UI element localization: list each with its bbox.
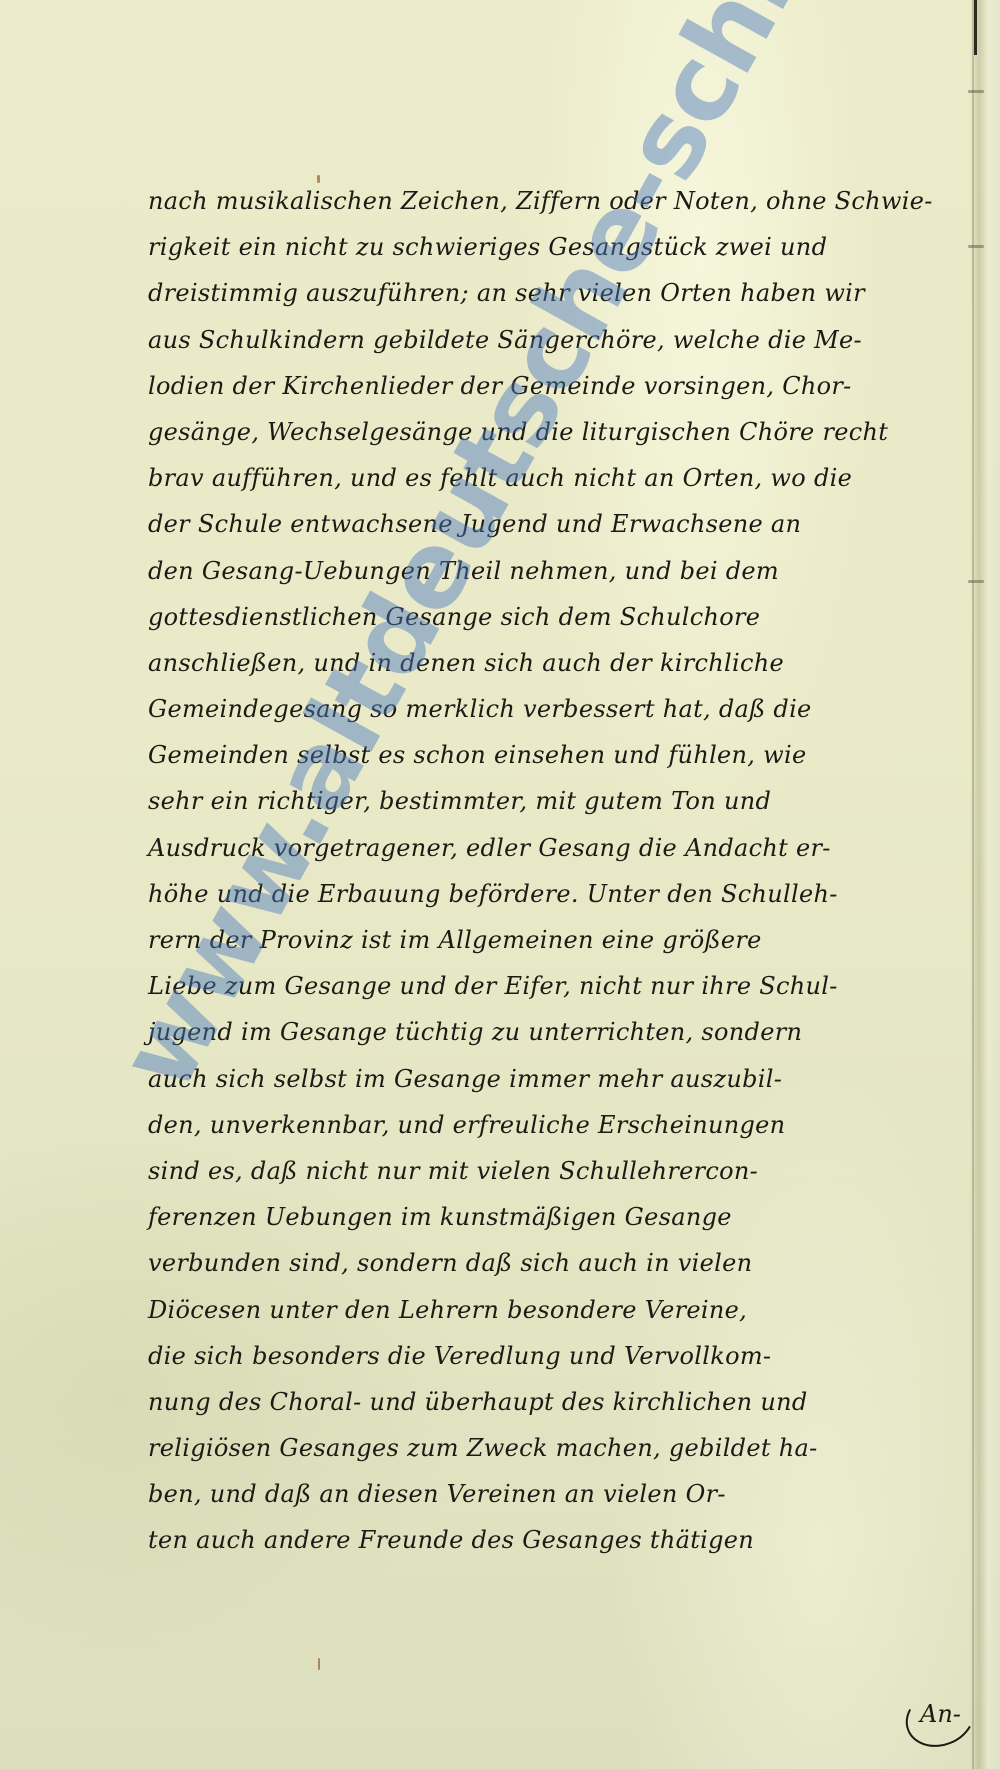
- text-line: gottesdienstlichen Gesange sich dem Schu…: [148, 594, 968, 640]
- text-line: religiösen Gesanges zum Zweck machen, ge…: [148, 1425, 968, 1471]
- text-line: ferenzen Uebungen im kunstmäßigen Gesang…: [148, 1194, 968, 1240]
- text-line: sehr ein richtiger, bestimmter, mit gute…: [148, 778, 968, 824]
- text-line: der Schule entwachsene Jugend und Erwach…: [148, 501, 968, 547]
- text-line: lodien der Kirchenlieder der Gemeinde vo…: [148, 363, 968, 409]
- text-line: jugend im Gesange tüchtig zu unterrichte…: [148, 1009, 968, 1055]
- text-line: höhe und die Erbauung befördere. Unter d…: [148, 871, 968, 917]
- text-line: verbunden sind, sondern daß sich auch in…: [148, 1240, 968, 1286]
- text-line: brav aufführen, und es fehlt auch nicht …: [148, 455, 968, 501]
- manuscript-page: nach musikalischen Zeichen, Ziffern oder…: [0, 0, 1000, 1769]
- text-line: ben, und daß an diesen Vereinen an viele…: [148, 1471, 968, 1517]
- text-line: den, unverkennbar, und erfreuliche Ersch…: [148, 1102, 968, 1148]
- manuscript-text-block: nach musikalischen Zeichen, Ziffern oder…: [148, 178, 968, 1564]
- text-line: sind es, daß nicht nur mit vielen Schull…: [148, 1148, 968, 1194]
- text-line: nung des Choral- und überhaupt des kirch…: [148, 1379, 968, 1425]
- page-fold-shadow: [970, 0, 1000, 1769]
- text-line: dreistimmig auszuführen; an sehr vielen …: [148, 270, 968, 316]
- text-line: rern der Provinz ist im Allgemeinen eine…: [148, 917, 968, 963]
- text-line: Diöcesen unter den Lehrern besondere Ver…: [148, 1287, 968, 1333]
- text-line: Liebe zum Gesange und der Eifer, nicht n…: [148, 963, 968, 1009]
- text-line: Gemeinden selbst es schon einsehen und f…: [148, 732, 968, 778]
- text-line: auch sich selbst im Gesange immer mehr a…: [148, 1056, 968, 1102]
- text-line: Ausdruck vorgetragener, edler Gesang die…: [148, 825, 968, 871]
- margin-ink-mark: [974, 0, 977, 55]
- binding-notch: [968, 90, 984, 93]
- text-line: Gemeindegesang so merklich verbessert ha…: [148, 686, 968, 732]
- text-line: den Gesang-Uebungen Theil nehmen, und be…: [148, 548, 968, 594]
- text-line: aus Schulkindern gebildete Sängerchöre, …: [148, 317, 968, 363]
- text-line: ten auch andere Freunde des Gesanges thä…: [148, 1517, 968, 1563]
- text-line: nach musikalischen Zeichen, Ziffern oder…: [148, 178, 968, 224]
- catchword: An-: [920, 1700, 961, 1728]
- text-line: die sich besonders die Veredlung und Ver…: [148, 1333, 968, 1379]
- text-line: rigkeit ein nicht zu schwieriges Gesangs…: [148, 224, 968, 270]
- paper-stain: [318, 1658, 320, 1670]
- text-line: anschließen, und in denen sich auch der …: [148, 640, 968, 686]
- binding-notch: [968, 580, 984, 583]
- binding-notch: [968, 245, 984, 248]
- text-line: gesänge, Wechselgesänge und die liturgis…: [148, 409, 968, 455]
- page-fold-line: [972, 0, 974, 1769]
